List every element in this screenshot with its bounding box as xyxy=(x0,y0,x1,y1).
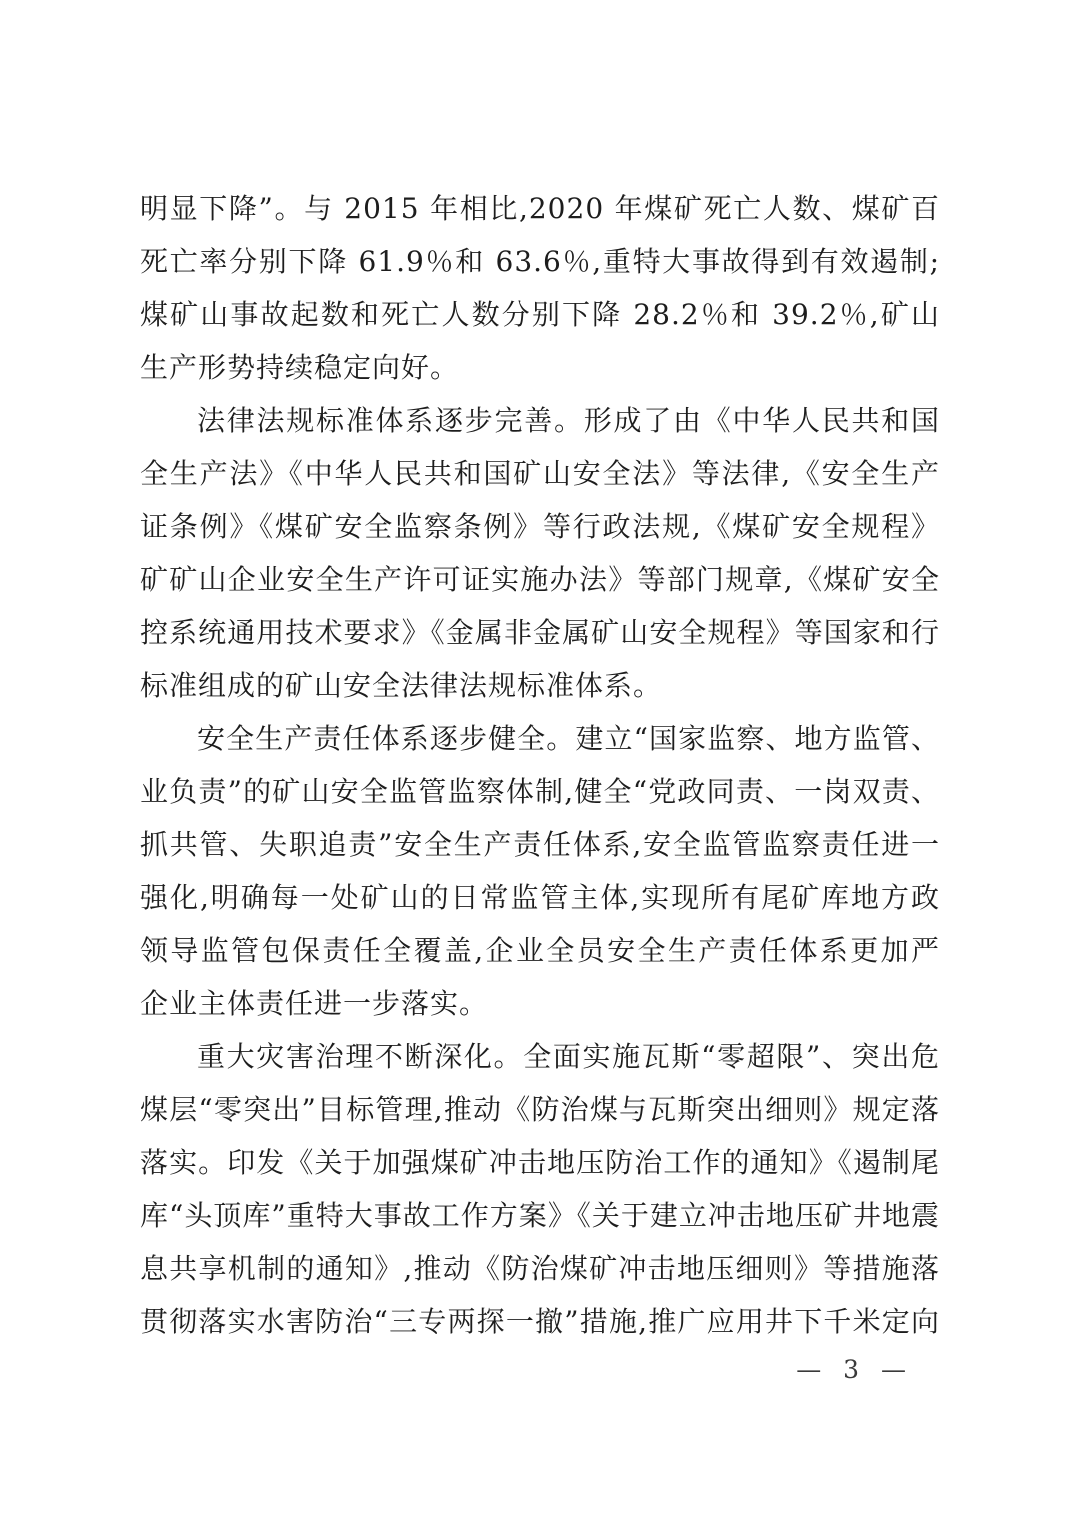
text-line: 控系统通用技术要求》《金属非金属矿山安全规程》等国家和行业 xyxy=(140,606,940,659)
document-body: 明显下降”。与 2015 年相比,2020 年煤矿死亡人数、煤矿百万吨死亡率分别… xyxy=(140,182,940,1348)
document-page: 明显下降”。与 2015 年相比,2020 年煤矿死亡人数、煤矿百万吨死亡率分别… xyxy=(0,0,1080,1528)
paragraph: 安全生产责任体系逐步健全。建立“国家监察、地方监管、企业负责”的矿山安全监管监察… xyxy=(140,712,940,1030)
paragraph: 法律法规标准体系逐步完善。形成了由《中华人民共和国安全生产法》《中华人民共和国矿… xyxy=(140,394,940,712)
text-line: 全生产法》《中华人民共和国矿山安全法》等法律,《安全生产许可 xyxy=(140,447,940,500)
text-line: 贯彻落实水害防治“三专两探一撤”措施,推广应用井下千米定向 xyxy=(140,1295,940,1348)
text-line: 库“头顶库”重特大事故工作方案》《关于建立冲击地压矿井地震信 xyxy=(140,1189,940,1242)
text-line: 煤矿山事故起数和死亡人数分别下降 28.2％和 39.2％,矿山安全 xyxy=(140,288,940,341)
page-number: — 3 — xyxy=(796,1350,913,1390)
paragraph: 重大灾害治理不断深化。全面实施瓦斯“零超限”、突出危险煤层“零突出”目标管理,推… xyxy=(140,1030,940,1348)
paragraph: 明显下降”。与 2015 年相比,2020 年煤矿死亡人数、煤矿百万吨死亡率分别… xyxy=(140,182,940,394)
text-line: 强化,明确每一处矿山的日常监管主体,实现所有尾矿库地方政府 xyxy=(140,871,940,924)
text-line: 息共享机制的通知》,推动《防治煤矿冲击地压细则》等措施落实。 xyxy=(140,1242,940,1295)
page-footer: — 3 — xyxy=(140,1350,940,1390)
text-line: 领导监管包保责任全覆盖,企业全员安全生产责任体系更加严密, xyxy=(140,924,940,977)
text-line: 生产形势持续稳定向好。 xyxy=(140,341,940,394)
text-line: 企业主体责任进一步落实。 xyxy=(140,977,940,1030)
text-line: 明显下降”。与 2015 年相比,2020 年煤矿死亡人数、煤矿百万吨 xyxy=(140,182,940,235)
text-line: 证条例》《煤矿安全监察条例》等行政法规,《煤矿安全规程》《非煤 xyxy=(140,500,940,553)
text-line: 煤层“零突出”目标管理,推动《防治煤与瓦斯突出细则》规定落地 xyxy=(140,1083,940,1136)
text-line: 业负责”的矿山安全监管监察体制,健全“党政同责、一岗双责、齐 xyxy=(140,765,940,818)
text-line: 标准组成的矿山安全法律法规标准体系。 xyxy=(140,659,940,712)
text-line: 法律法规标准体系逐步完善。形成了由《中华人民共和国安 xyxy=(140,394,940,447)
text-line: 重大灾害治理不断深化。全面实施瓦斯“零超限”、突出危险 xyxy=(140,1030,940,1083)
text-line: 落实。印发《关于加强煤矿冲击地压防治工作的通知》《遏制尾矿 xyxy=(140,1136,940,1189)
text-line: 安全生产责任体系逐步健全。建立“国家监察、地方监管、企 xyxy=(140,712,940,765)
text-line: 抓共管、失职追责”安全生产责任体系,安全监管监察责任进一步 xyxy=(140,818,940,871)
text-line: 死亡率分别下降 61.9％和 63.6％,重特大事故得到有效遏制;非 xyxy=(140,235,940,288)
text-line: 矿矿山企业安全生产许可证实施办法》等部门规章,《煤矿安全监 xyxy=(140,553,940,606)
